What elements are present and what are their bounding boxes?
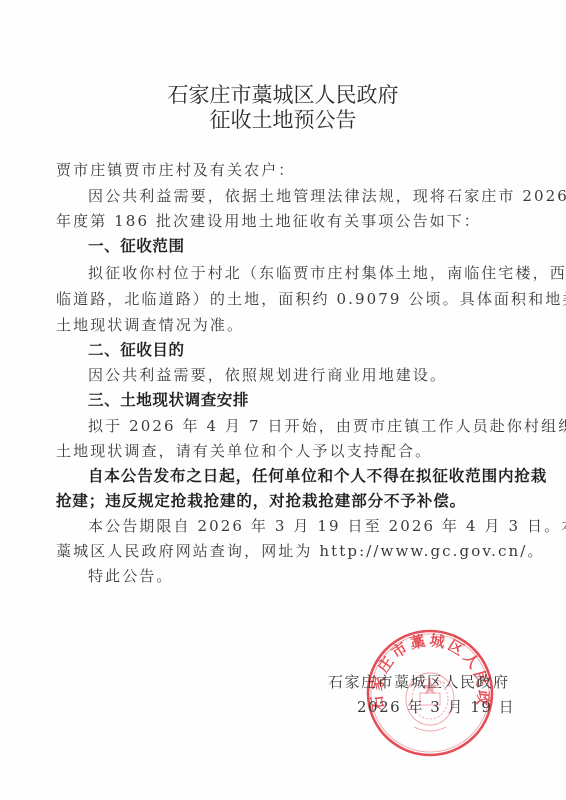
warning-line-2: 抢建；违反规定抢栽抢建的，对抢栽抢建部分不予补偿。: [56, 491, 466, 511]
intro-line-2: 年度第 186 批次建设用地土地征收有关事项公告如下：: [56, 211, 481, 231]
warning-line-1: 自本公告发布之日起，任何单位和个人不得在拟征收范围内抢栽: [88, 466, 547, 486]
period-line-2: 藁城区人民政府网站查询，网址为 http://www.gc.gov.cn/。: [56, 541, 545, 561]
issuer-signature: 石家庄市藁城区人民政府: [328, 672, 510, 692]
issue-date: 2026 年 3 月 19 日: [357, 697, 515, 717]
scope-line-2: 临道路，北临道路）的土地，面积约 0.9079 公顷。具体面积和地类以: [56, 289, 566, 309]
purpose-line-1: 因公共利益需要，依照规划进行商业用地建设。: [88, 365, 447, 385]
survey-line-1: 拟于 2026 年 4 月 7 日开始，由贾市庄镇工作人员赴你村组织开展: [88, 416, 566, 436]
scope-line-1: 拟征收你村位于村北（东临贾市庄村集体土地，南临住宅楼，西: [88, 263, 566, 283]
document-title: 石家庄市藁城区人民政府: [0, 83, 566, 107]
section-heading-scope: 一、征收范围: [88, 236, 185, 256]
survey-line-2: 土地现状调查，请有关单位和个人予以支持配合。: [56, 441, 432, 461]
intro-line-1: 因公共利益需要，依据土地管理法律法规，现将石家庄市 2026: [88, 186, 566, 206]
scope-line-3: 土地现状调查情况为准。: [56, 315, 244, 335]
addressee: 贾市庄镇贾市庄村及有关农户：: [56, 160, 295, 180]
notice-page: 石家庄市藁城区人民政府 征收土地预公告 贾市庄镇贾市庄村及有关农户： 因公共利益…: [0, 0, 566, 800]
period-line-1: 本公告期限自 2026 年 3 月 19 日至 2026 年 4 月 3 日。本…: [88, 516, 566, 536]
section-heading-survey: 三、土地现状调查安排: [88, 390, 249, 410]
official-seal-icon: 石家庄市藁城区人民政府: [364, 627, 496, 759]
section-heading-purpose: 二、征收目的: [88, 340, 185, 360]
closing-text: 特此公告。: [88, 566, 174, 586]
document-subtitle: 征收土地预公告: [0, 108, 566, 132]
